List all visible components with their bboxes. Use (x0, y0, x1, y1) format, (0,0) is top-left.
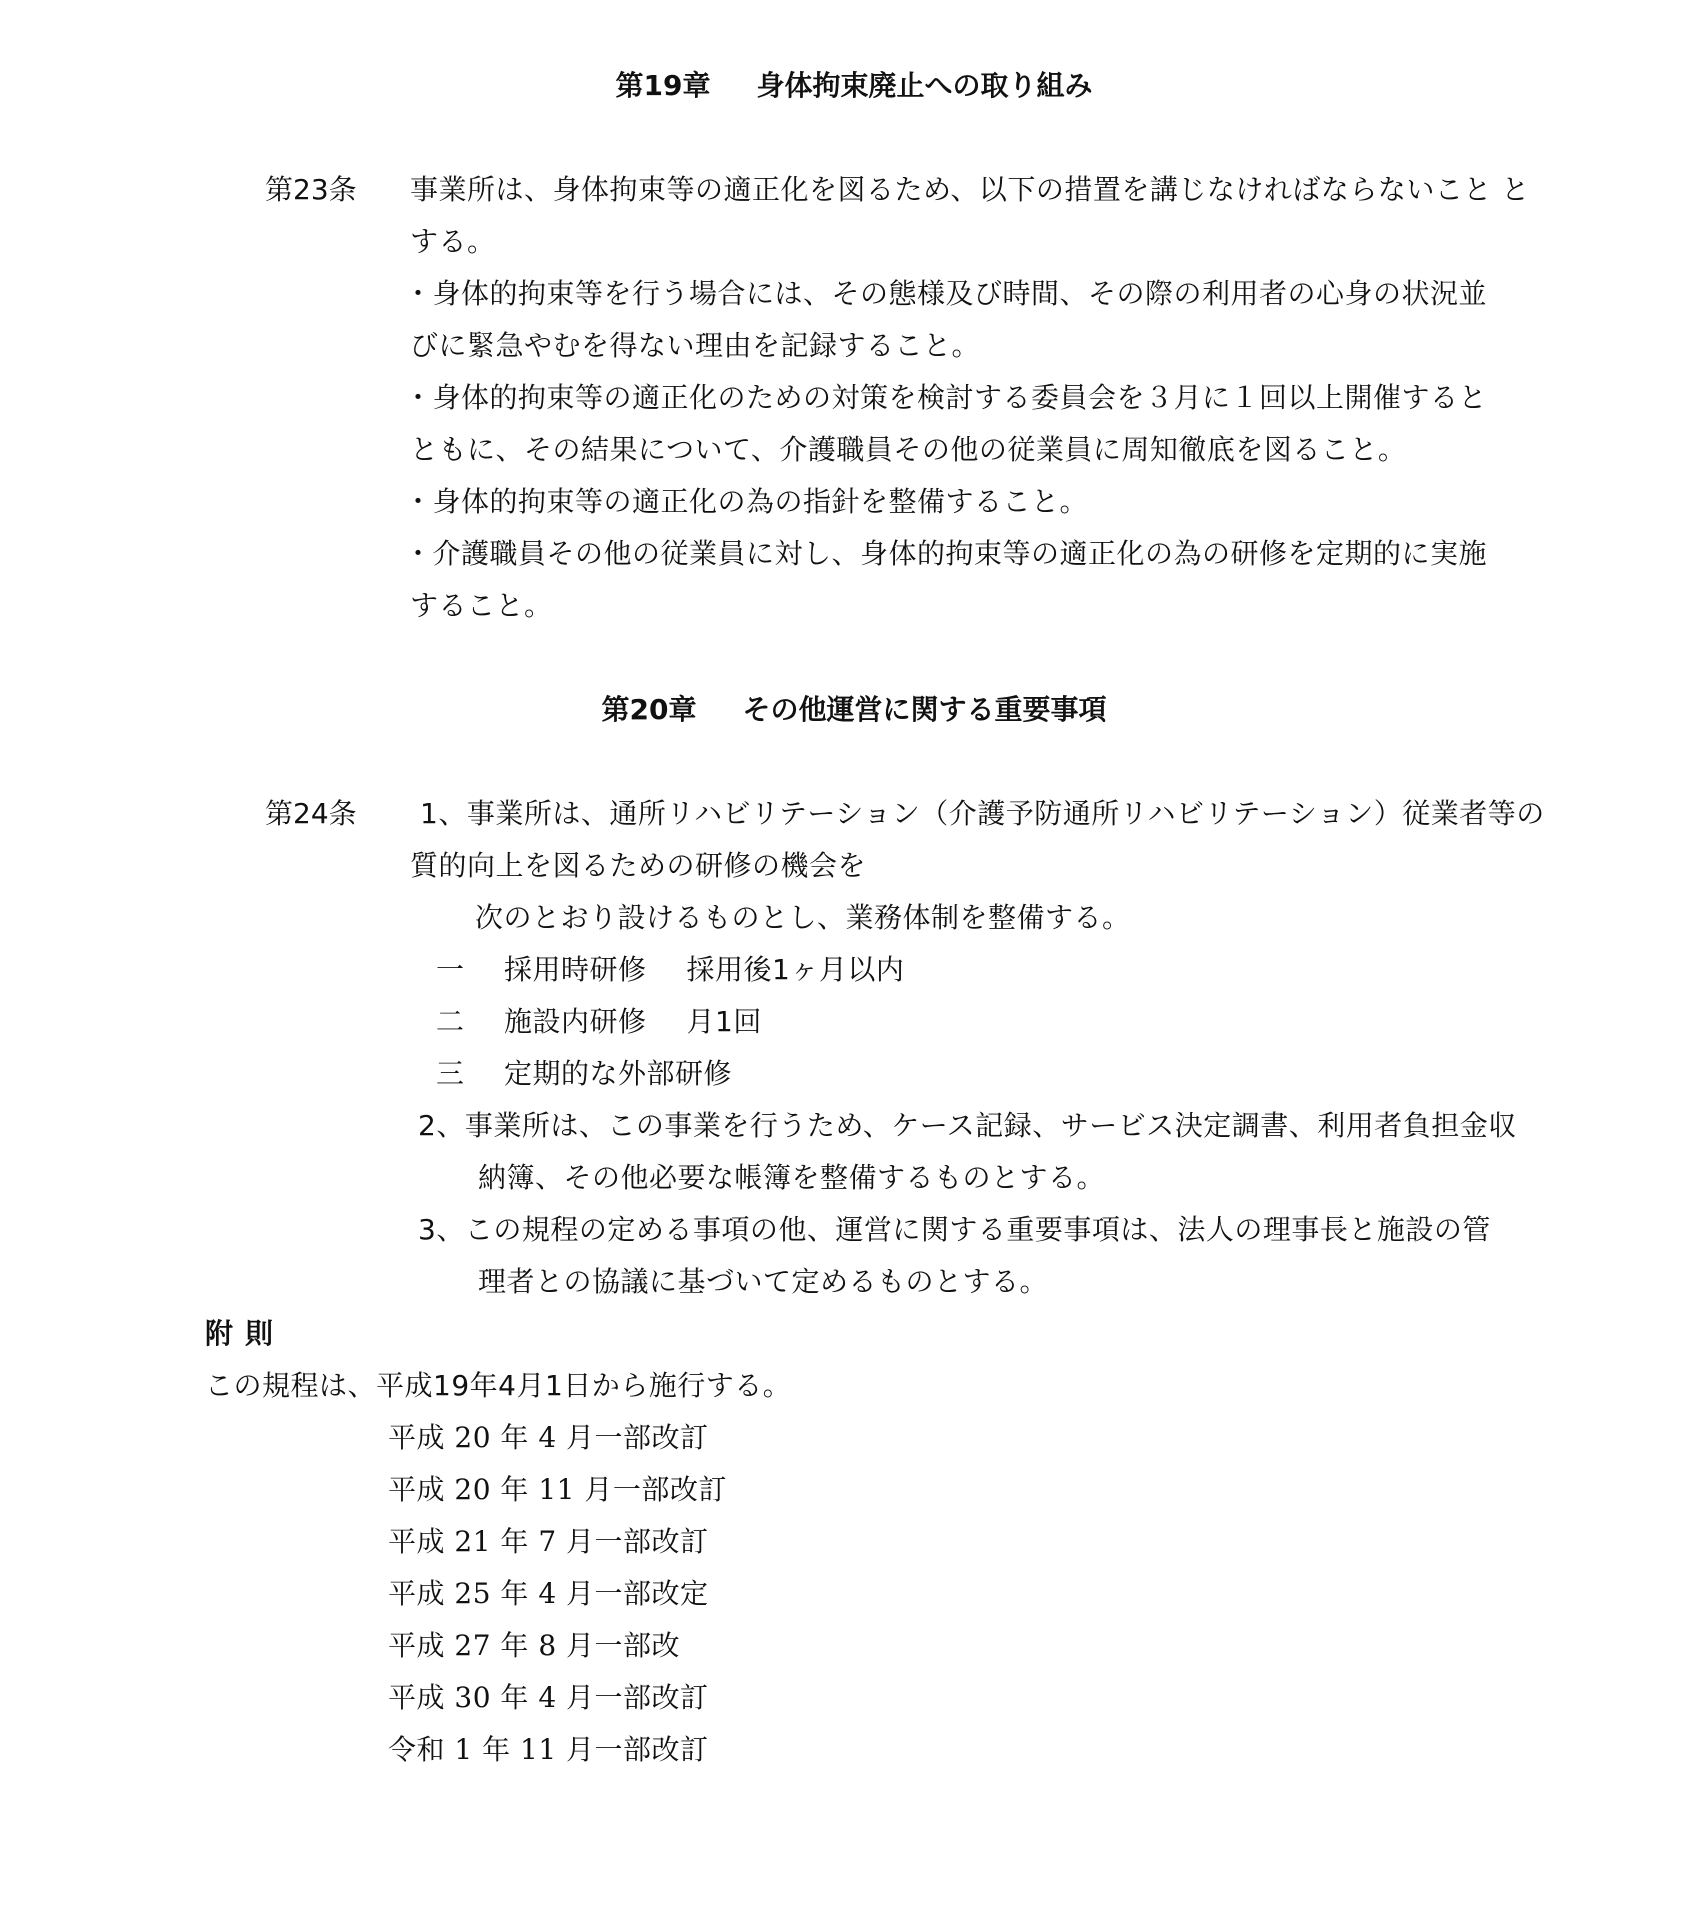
chapter-19-title: 身体拘束廃止への取り組み (756, 69, 1092, 102)
chapter-19-number: 第19章 (616, 69, 711, 102)
article-23-bullet: ・身体的拘束等の適正化の為の指針を整備すること。 (404, 484, 1088, 520)
training-num: 二 (436, 1004, 504, 1040)
revision-entry: 平成 27 年 8 月一部改 (388, 1628, 680, 1664)
chapter-19-heading: 第19章身体拘束廃止への取り組み (0, 68, 1708, 104)
training-name: 定期的な外部研修 (504, 1056, 732, 1092)
training-detail: 採用後1ヶ月以内 (687, 953, 905, 986)
article-24-item-3-line: 理者との協議に基づいて定めるものとする。 (478, 1264, 1048, 1300)
training-name: 採用時研修 (504, 952, 647, 988)
article-23-label: 第23条 (265, 172, 357, 208)
article-23-line: する。 (410, 224, 496, 260)
article-23-bullet: ・身体的拘束等の適正化のための対策を検討する委員会を３月に１回以上開催すると (404, 380, 1487, 416)
training-num: 一 (436, 952, 504, 988)
chapter-20-title: その他運営に関する重要事項 (742, 693, 1106, 726)
supplementary-title: 附則 (205, 1316, 285, 1352)
revision-entry: 平成 20 年 4 月一部改訂 (388, 1420, 709, 1456)
training-item: 一採用時研修採用後1ヶ月以内 (436, 952, 904, 988)
training-detail: 月1回 (687, 1005, 762, 1038)
article-24-item-1-line: 質的向上を図るための研修の機会を (410, 848, 866, 884)
training-num: 三 (436, 1056, 504, 1092)
article-24-item-2-line: 納簿、その他必要な帳簿を整備するものとする。 (478, 1160, 1105, 1196)
article-24-item-3-line: 3、この規程の定める事項の他、運営に関する重要事項は、法人の理事長と施設の管 (418, 1212, 1491, 1248)
training-item: 二施設内研修月1回 (436, 1004, 762, 1040)
revision-entry: 平成 20 年 11 月一部改訂 (388, 1472, 727, 1508)
training-item: 三定期的な外部研修 (436, 1056, 732, 1092)
article-24-item-2-line: 2、事業所は、この事業を行うため、ケース記録、サービス決定調書、利用者負担金収 (418, 1108, 1517, 1144)
article-23-bullet: ・介護職員その他の従業員に対し、身体的拘束等の適正化の為の研修を定期的に実施 (404, 536, 1487, 572)
revision-entry: 平成 21 年 7 月一部改訂 (388, 1524, 709, 1560)
article-24-item-1-line: 1、事業所は、通所リハビリテーション（介護予防通所リハビリテーション）従業者等の (420, 796, 1545, 832)
article-24-label: 第24条 (265, 796, 357, 832)
training-name: 施設内研修 (504, 1004, 647, 1040)
chapter-20-heading: 第20章その他運営に関する重要事項 (0, 692, 1708, 728)
article-23-line: ともに、その結果について、介護職員その他の従業員に周知徹底を図ること。 (410, 432, 1406, 468)
revision-entry: 平成 25 年 4 月一部改定 (388, 1576, 709, 1612)
article-23-line: すること。 (410, 588, 553, 624)
revision-entry: 平成 30 年 4 月一部改訂 (388, 1680, 709, 1716)
article-23-line: 事業所は、身体拘束等の適正化を図るため、以下の措置を講じなければならないこと と (410, 172, 1530, 208)
article-24-item-1-line: 次のとおり設けるものとし、業務体制を整備する。 (475, 900, 1131, 936)
chapter-20-number: 第20章 (602, 693, 697, 726)
article-23-bullet: ・身体的拘束等を行う場合には、その態様及び時間、その際の利用者の心身の状況並 (404, 276, 1487, 312)
enforcement-date: この規程は、平成19年4月1日から施行する。 (205, 1368, 791, 1404)
article-23-line: びに緊急やむを得ない理由を記録すること。 (410, 328, 980, 364)
revision-entry: 令和 1 年 11 月一部改訂 (388, 1732, 709, 1768)
